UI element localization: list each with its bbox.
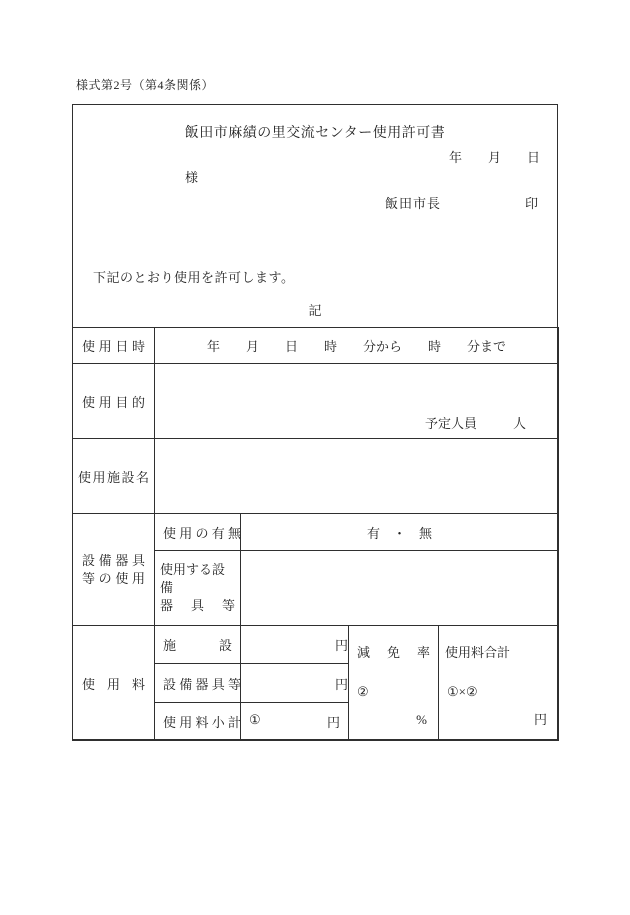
equipment-items-label-line2: 器 具 等	[155, 597, 240, 615]
addressee-suffix: 様	[185, 167, 198, 186]
equipment-availability-label-cell: 使 用 の 有 無	[155, 514, 241, 551]
fee-total-cell: 使用料合計 ①×② 円	[439, 626, 559, 741]
equipment-section-label-cell: 設 備 器 具 等 の 使 用	[73, 514, 155, 626]
usage-purpose-cell: 予定人員 人	[155, 364, 559, 439]
fee-section-label: 使 用 料	[73, 674, 154, 693]
equipment-section-label-line2: 等 の 使 用	[73, 570, 154, 588]
row-equipment-availability: 設 備 器 具 等 の 使 用 使 用 の 有 無 有 ・ 無	[73, 514, 559, 551]
fee-subtotal-label: 使 用 料 小 計	[155, 712, 240, 731]
fee-total-unit: 円	[534, 709, 547, 728]
document-box: 飯田市麻績の里交流センター使用許可書 年 月 日 様 飯田市長 印 下記のとおり…	[72, 104, 558, 740]
facility-name-cell	[155, 439, 559, 514]
fee-facility-amount-cell: 円	[241, 626, 349, 664]
usage-datetime-value: 年 月 日 時 分から 時 分まで	[155, 328, 559, 364]
fee-subtotal-unit: 円	[327, 712, 340, 731]
row-fee-facility: 使 用 料 施 設 円 減 免 率 ② % 使用料合計 ①×② 円	[73, 626, 559, 664]
seal-mark: 印	[525, 193, 538, 212]
fee-reduction-unit: %	[416, 712, 427, 728]
equipment-section-label-line1: 設 備 器 具	[73, 552, 154, 570]
expected-attendance-unit: 人	[513, 413, 526, 432]
issuer-name: 飯田市長	[385, 193, 441, 212]
expected-attendance-label: 予定人員	[425, 413, 477, 432]
usage-datetime-label-cell: 使 用 日 時	[73, 328, 155, 364]
equipment-availability-label: 使 用 の 有 無	[155, 523, 240, 542]
row-facility-name: 使用施設名	[73, 439, 559, 514]
fee-reduction-cell: 減 免 率 ② %	[349, 626, 439, 741]
fee-facility-label: 施 設	[155, 635, 240, 654]
fee-equipment-label-cell: 設 備 器 具 等	[155, 664, 241, 703]
fee-equipment-label: 設 備 器 具 等	[155, 674, 240, 693]
usage-purpose-label: 使 用 目 的	[73, 392, 154, 411]
permission-notice: 下記のとおり使用を許可します。	[93, 267, 294, 286]
fee-reduction-title: 減 免 率	[349, 642, 438, 661]
row-usage-datetime: 使 用 日 時 年 月 日 時 分から 時 分まで	[73, 328, 559, 364]
usage-datetime-label: 使 用 日 時	[73, 336, 154, 355]
expected-attendance: 予定人員 人	[425, 413, 558, 432]
fee-subtotal-amount: ① 円	[241, 712, 348, 731]
form-number: 様式第2号（第4条関係）	[76, 76, 214, 93]
fee-subtotal-mark: ①	[249, 712, 261, 731]
equipment-items-cell	[241, 551, 559, 626]
fee-subtotal-amount-cell: ① 円	[241, 703, 349, 741]
equipment-items-label-cell: 使用する設備 器 具 等	[155, 551, 241, 626]
issue-date-line: 年 月 日	[449, 147, 540, 166]
fee-equipment-amount-cell: 円	[241, 664, 349, 703]
fee-total-formula: ①×②	[447, 684, 478, 700]
equipment-availability-value: 有 ・ 無	[241, 514, 559, 551]
equipment-items-label-line1: 使用する設備	[155, 561, 240, 597]
fee-section-label-cell: 使 用 料	[73, 626, 155, 741]
permit-table: 使 用 日 時 年 月 日 時 分から 時 分まで 使 用 目 的 予定人員 人…	[72, 327, 559, 741]
fee-subtotal-label-cell: 使 用 料 小 計	[155, 703, 241, 741]
fee-total-title: 使用料合計	[445, 642, 510, 661]
document-title: 飯田市麻績の里交流センター使用許可書	[73, 122, 557, 142]
facility-name-label-cell: 使用施設名	[73, 439, 155, 514]
record-marker: 記	[73, 300, 557, 319]
fee-reduction-mark: ②	[357, 684, 369, 700]
facility-name-label: 使用施設名	[73, 467, 154, 486]
fee-facility-label-cell: 施 設	[155, 626, 241, 664]
usage-purpose-label-cell: 使 用 目 的	[73, 364, 155, 439]
row-usage-purpose: 使 用 目 的 予定人員 人	[73, 364, 559, 439]
